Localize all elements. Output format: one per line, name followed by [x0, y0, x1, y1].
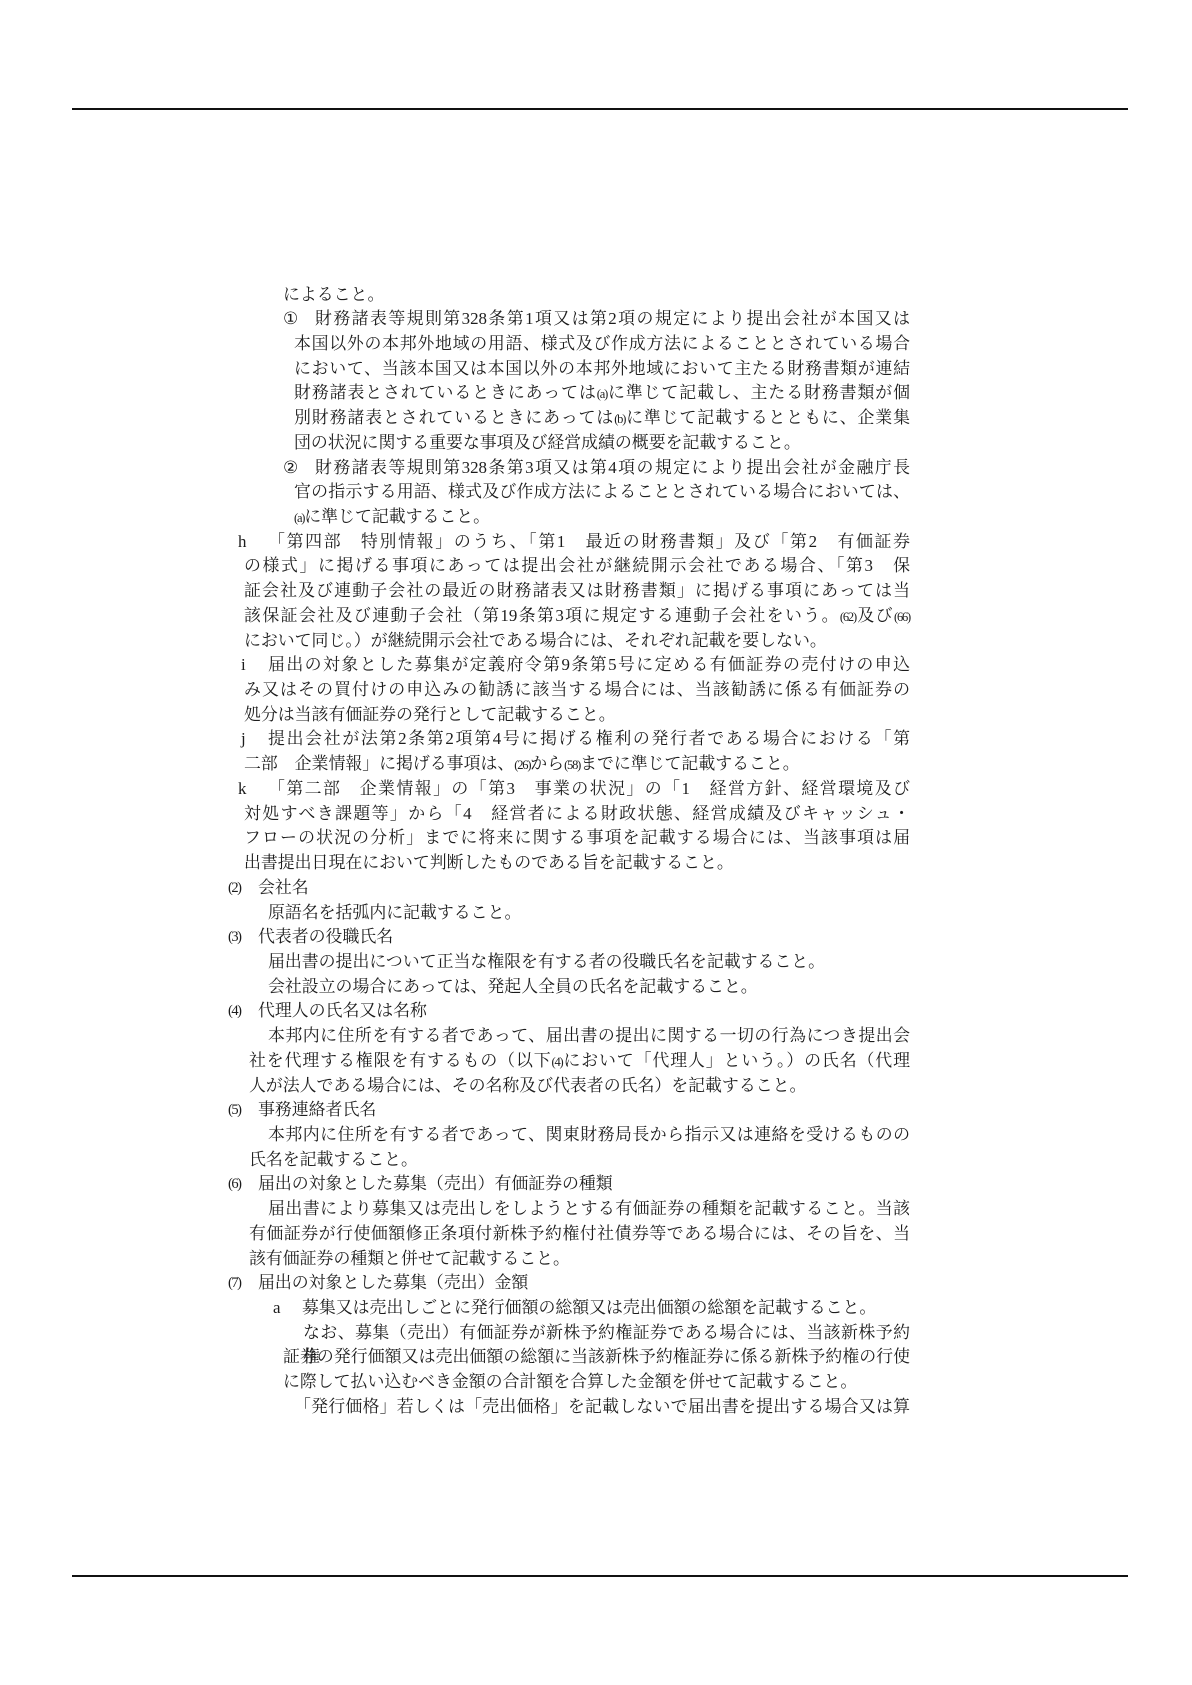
- parenthesized-ref: (62): [840, 610, 856, 624]
- text-line: 「第四部 特別情報」のうち、「第1 最近の財務書類」及び「第2 有価証券: [268, 530, 910, 555]
- item-label: ①: [283, 307, 298, 332]
- text-line: の様式」に掲げる事項にあっては提出会社が継続開示会社である場合、「第3 保: [244, 554, 910, 579]
- document-page: によること。①財務諸表等規則第328条第1項又は第2項の規定により提出会社が本国…: [0, 0, 1192, 1685]
- text-line: 団の状況に関する重要な事項及び経営成績の概要を記載すること。: [294, 431, 801, 456]
- item-label: (3): [228, 925, 240, 950]
- text-line: 社を代理する権限を有するもの（以下(4)において「代理人」という。）の氏名（代理: [249, 1049, 910, 1075]
- parenthesized-ref: (a): [294, 511, 304, 525]
- page-rule-top: [72, 108, 1128, 110]
- parenthesized-ref: (58): [564, 758, 580, 772]
- text-line: 財務諸表とされているときにあっては(a)に準じて記載し、主たる財務書類が個: [294, 381, 910, 407]
- text-line: 二部 企業情報」に掲げる事項は、(26)から(58)までに準じて記載すること。: [244, 752, 800, 778]
- text-line: において同じ。）が継続開示会社である場合には、それぞれ記載を要しない。: [244, 629, 827, 654]
- text-line: 届出書の提出について正当な権限を有する者の役職氏名を記載すること。: [268, 950, 825, 975]
- text-line: 出書提出日現在において判断したものである旨を記載すること。: [244, 851, 734, 876]
- item-label: (5): [228, 1098, 240, 1123]
- text-line: 有価証券が行使価額修正条項付新株予約権付社債券等である場合には、その旨を、当: [249, 1222, 910, 1247]
- text-line: 会社設立の場合にあっては、発起人全員の氏名を記載すること。: [268, 975, 758, 1000]
- parenthesized-ref: (a): [597, 387, 607, 401]
- text-line: 届出の対象とした募集（売出）金額: [258, 1271, 528, 1296]
- text-line: 人が法人である場合には、その名称及び代表者の氏名）を記載すること。: [249, 1074, 806, 1099]
- text-line: 該有価証券の種類と併せて記載すること。: [249, 1247, 570, 1272]
- parenthesized-ref: (4): [552, 1055, 563, 1069]
- text-line: 別財務諸表とされているときにあっては(b)に準じて記載するとともに、企業集: [294, 406, 910, 432]
- text-line: 事務連絡者氏名: [258, 1098, 376, 1123]
- item-label: i: [241, 653, 246, 678]
- parenthesized-ref: (26): [514, 758, 530, 772]
- text-line: によること。: [283, 283, 384, 308]
- text-line: 代表者の役職氏名: [258, 925, 393, 950]
- text-line: 届出の対象とした募集が定義府令第9条第5号に定める有価証券の売付けの申込: [268, 653, 910, 678]
- item-label: (4): [228, 999, 240, 1024]
- item-label: k: [238, 777, 246, 802]
- item-label: (6): [228, 1172, 240, 1197]
- text-line: 該保証会社及び連動子会社（第19条第3項に規定する連動子会社をいう。(62)及び…: [244, 604, 910, 630]
- text-line: 「第二部 企業情報」の「第3 事業の状況」の「1 経営方針、経営環境及び: [268, 777, 910, 802]
- text-line: 財務諸表等規則第328条第1項又は第2項の規定により提出会社が本国又は: [315, 307, 910, 332]
- text-line: 氏名を記載すること。: [249, 1148, 418, 1173]
- text-line: フローの状況の分析」までに将来に関する事項を記載する場合には、当該事項は届: [244, 826, 910, 851]
- text-line: 対処すべき課題等」から「4 経営者による財政状態、経営成績及びキャッシュ・: [244, 802, 910, 827]
- text-line: 原語名を括弧内に記載すること。: [268, 901, 521, 926]
- parenthesized-ref: (b): [614, 412, 625, 426]
- page-rule-bottom: [72, 1575, 1128, 1577]
- text-line: 会社名: [258, 876, 309, 901]
- text-line: 財務諸表等規則第328条第3項又は第4項の規定により提出会社が金融庁長: [315, 456, 910, 481]
- text-line: 提出会社が法第2条第2項第4号に掲げる権利の発行者である場合における「第: [268, 727, 910, 752]
- text-line: み又はその買付けの申込みの勧誘に該当する場合には、当該勧誘に係る有価証券の: [244, 678, 910, 703]
- text-line: において、当該本国又は本国以外の本邦外地域において主たる財務書類が連結: [294, 357, 910, 382]
- item-label: a: [273, 1296, 281, 1321]
- item-label: (2): [228, 876, 240, 901]
- item-label: h: [238, 530, 246, 555]
- text-line: 届出の対象とした募集（売出）有価証券の種類: [258, 1172, 613, 1197]
- text-line: 本国以外の本邦外地域の用語、様式及び作成方法によることとされている場合: [294, 332, 910, 357]
- text-line: 本邦内に住所を有する者であって、関東財務局長から指示又は連絡を受けるものの: [268, 1123, 910, 1148]
- item-label: (7): [228, 1271, 240, 1296]
- text-line: 証会社及び連動子会社の最近の財務諸表又は財務書類」に掲げる事項にあっては当: [244, 579, 910, 604]
- text-line: 「発行価格」若しくは「売出価格」を記載しないで届出書を提出する場合又は算: [294, 1395, 910, 1420]
- text-line: に際して払い込むべき金額の合計額を合算した金額を併せて記載すること。: [283, 1370, 857, 1395]
- parenthesized-ref: (66): [894, 610, 910, 624]
- text-line: 本邦内に住所を有する者であって、届出書の提出に関する一切の行為につき提出会: [268, 1024, 910, 1049]
- text-line: 処分は当該有価証券の発行として記載すること。: [244, 703, 616, 728]
- text-line: 募集又は売出しごとに発行価額の総額又は売出価額の総額を記載すること。: [302, 1296, 876, 1321]
- text-line: 届出書により募集又は売出しをしようとする有価証券の種類を記載すること。当該: [268, 1197, 910, 1222]
- text-line: 官の指示する用語、様式及び作成方法によることとされている場合においては、: [294, 480, 910, 505]
- item-label: j: [241, 727, 246, 752]
- text-line: 代理人の氏名又は名称: [258, 999, 427, 1024]
- text-line: (a)に準じて記載すること。: [294, 505, 490, 531]
- text-line: 証券の発行価額又は売出価額の総額に当該新株予約権証券に係る新株予約権の行使: [283, 1345, 910, 1370]
- item-label: ②: [283, 456, 298, 481]
